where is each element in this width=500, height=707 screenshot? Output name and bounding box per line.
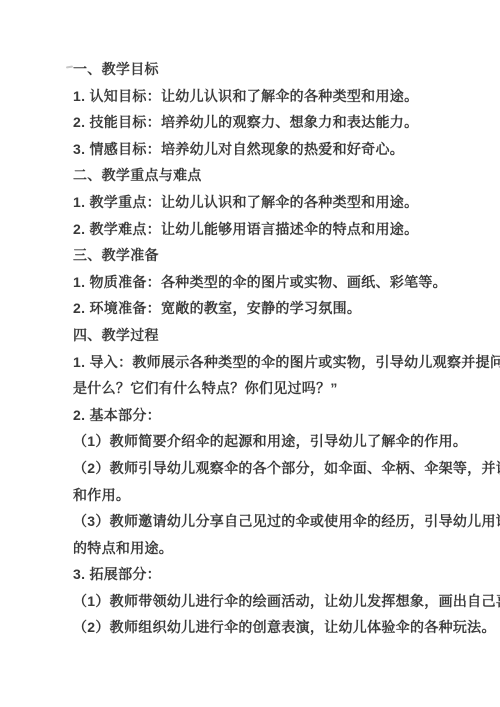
- keypoint-item-1: 1. 教学重点：让幼儿认识和了解伞的各种类型和用途。: [73, 189, 462, 216]
- process-extend-item-1: （1）教师带领幼儿进行伞的绘画活动，让幼儿发挥想象，画出自己喜欢的伞。: [73, 588, 462, 615]
- section-heading-3: 三、教学准备: [73, 242, 462, 269]
- process-basic-item-2-line-2: 和作用。: [73, 482, 462, 509]
- section-heading-2: 二、教学重点与难点: [73, 162, 462, 189]
- keypoint-item-2: 2. 教学难点：让幼儿能够用语言描述伞的特点和用途。: [73, 216, 462, 243]
- process-intro-line-1: 1. 导入：教师展示各种类型的伞的图片或实物，引导幼儿观察并提问：“这些: [73, 349, 462, 376]
- objective-item-1: 1. 认知目标：让幼儿认识和了解伞的各种类型和用途。: [73, 83, 462, 110]
- process-basic-item-1: （1）教师简要介绍伞的起源和用途，引导幼儿了解伞的作用。: [73, 428, 462, 455]
- preparation-item-1: 1. 物质准备：各种类型的伞的图片或实物、画纸、彩笔等。: [73, 269, 462, 296]
- preparation-item-2: 2. 环境准备：宽敞的教室，安静的学习氛围。: [73, 295, 462, 322]
- process-basic-heading: 2. 基本部分：: [73, 402, 462, 429]
- objective-item-3: 3. 情感目标：培养幼儿对自然现象的热爱和好奇心。: [73, 136, 462, 163]
- process-intro-line-2: 是什么？它们有什么特点？你们见过吗？”: [73, 375, 462, 402]
- process-extend-heading: 3. 拓展部分：: [73, 561, 462, 588]
- process-basic-item-3-line-1: （3）教师邀请幼儿分享自己见过的伞或使用伞的经历，引导幼儿用语言描述伞: [73, 508, 462, 535]
- document-page: 一、教学目标 1. 认知目标：让幼儿认识和了解伞的各种类型和用途。 2. 技能目…: [0, 0, 500, 707]
- objective-item-2: 2. 技能目标：培养幼儿的观察力、想象力和表达能力。: [73, 109, 462, 136]
- process-basic-item-2-line-1: （2）教师引导幼儿观察伞的各个部分，如伞面、伞柄、伞架等，并讲解其名称: [73, 455, 462, 482]
- section-heading-1: 一、教学目标: [73, 56, 462, 83]
- section-heading-4: 四、教学过程: [73, 322, 462, 349]
- process-extend-item-2: （2）教师组织幼儿进行伞的创意表演，让幼儿体验伞的各种玩法。: [73, 614, 462, 641]
- process-basic-item-3-line-2: 的特点和用途。: [73, 535, 462, 562]
